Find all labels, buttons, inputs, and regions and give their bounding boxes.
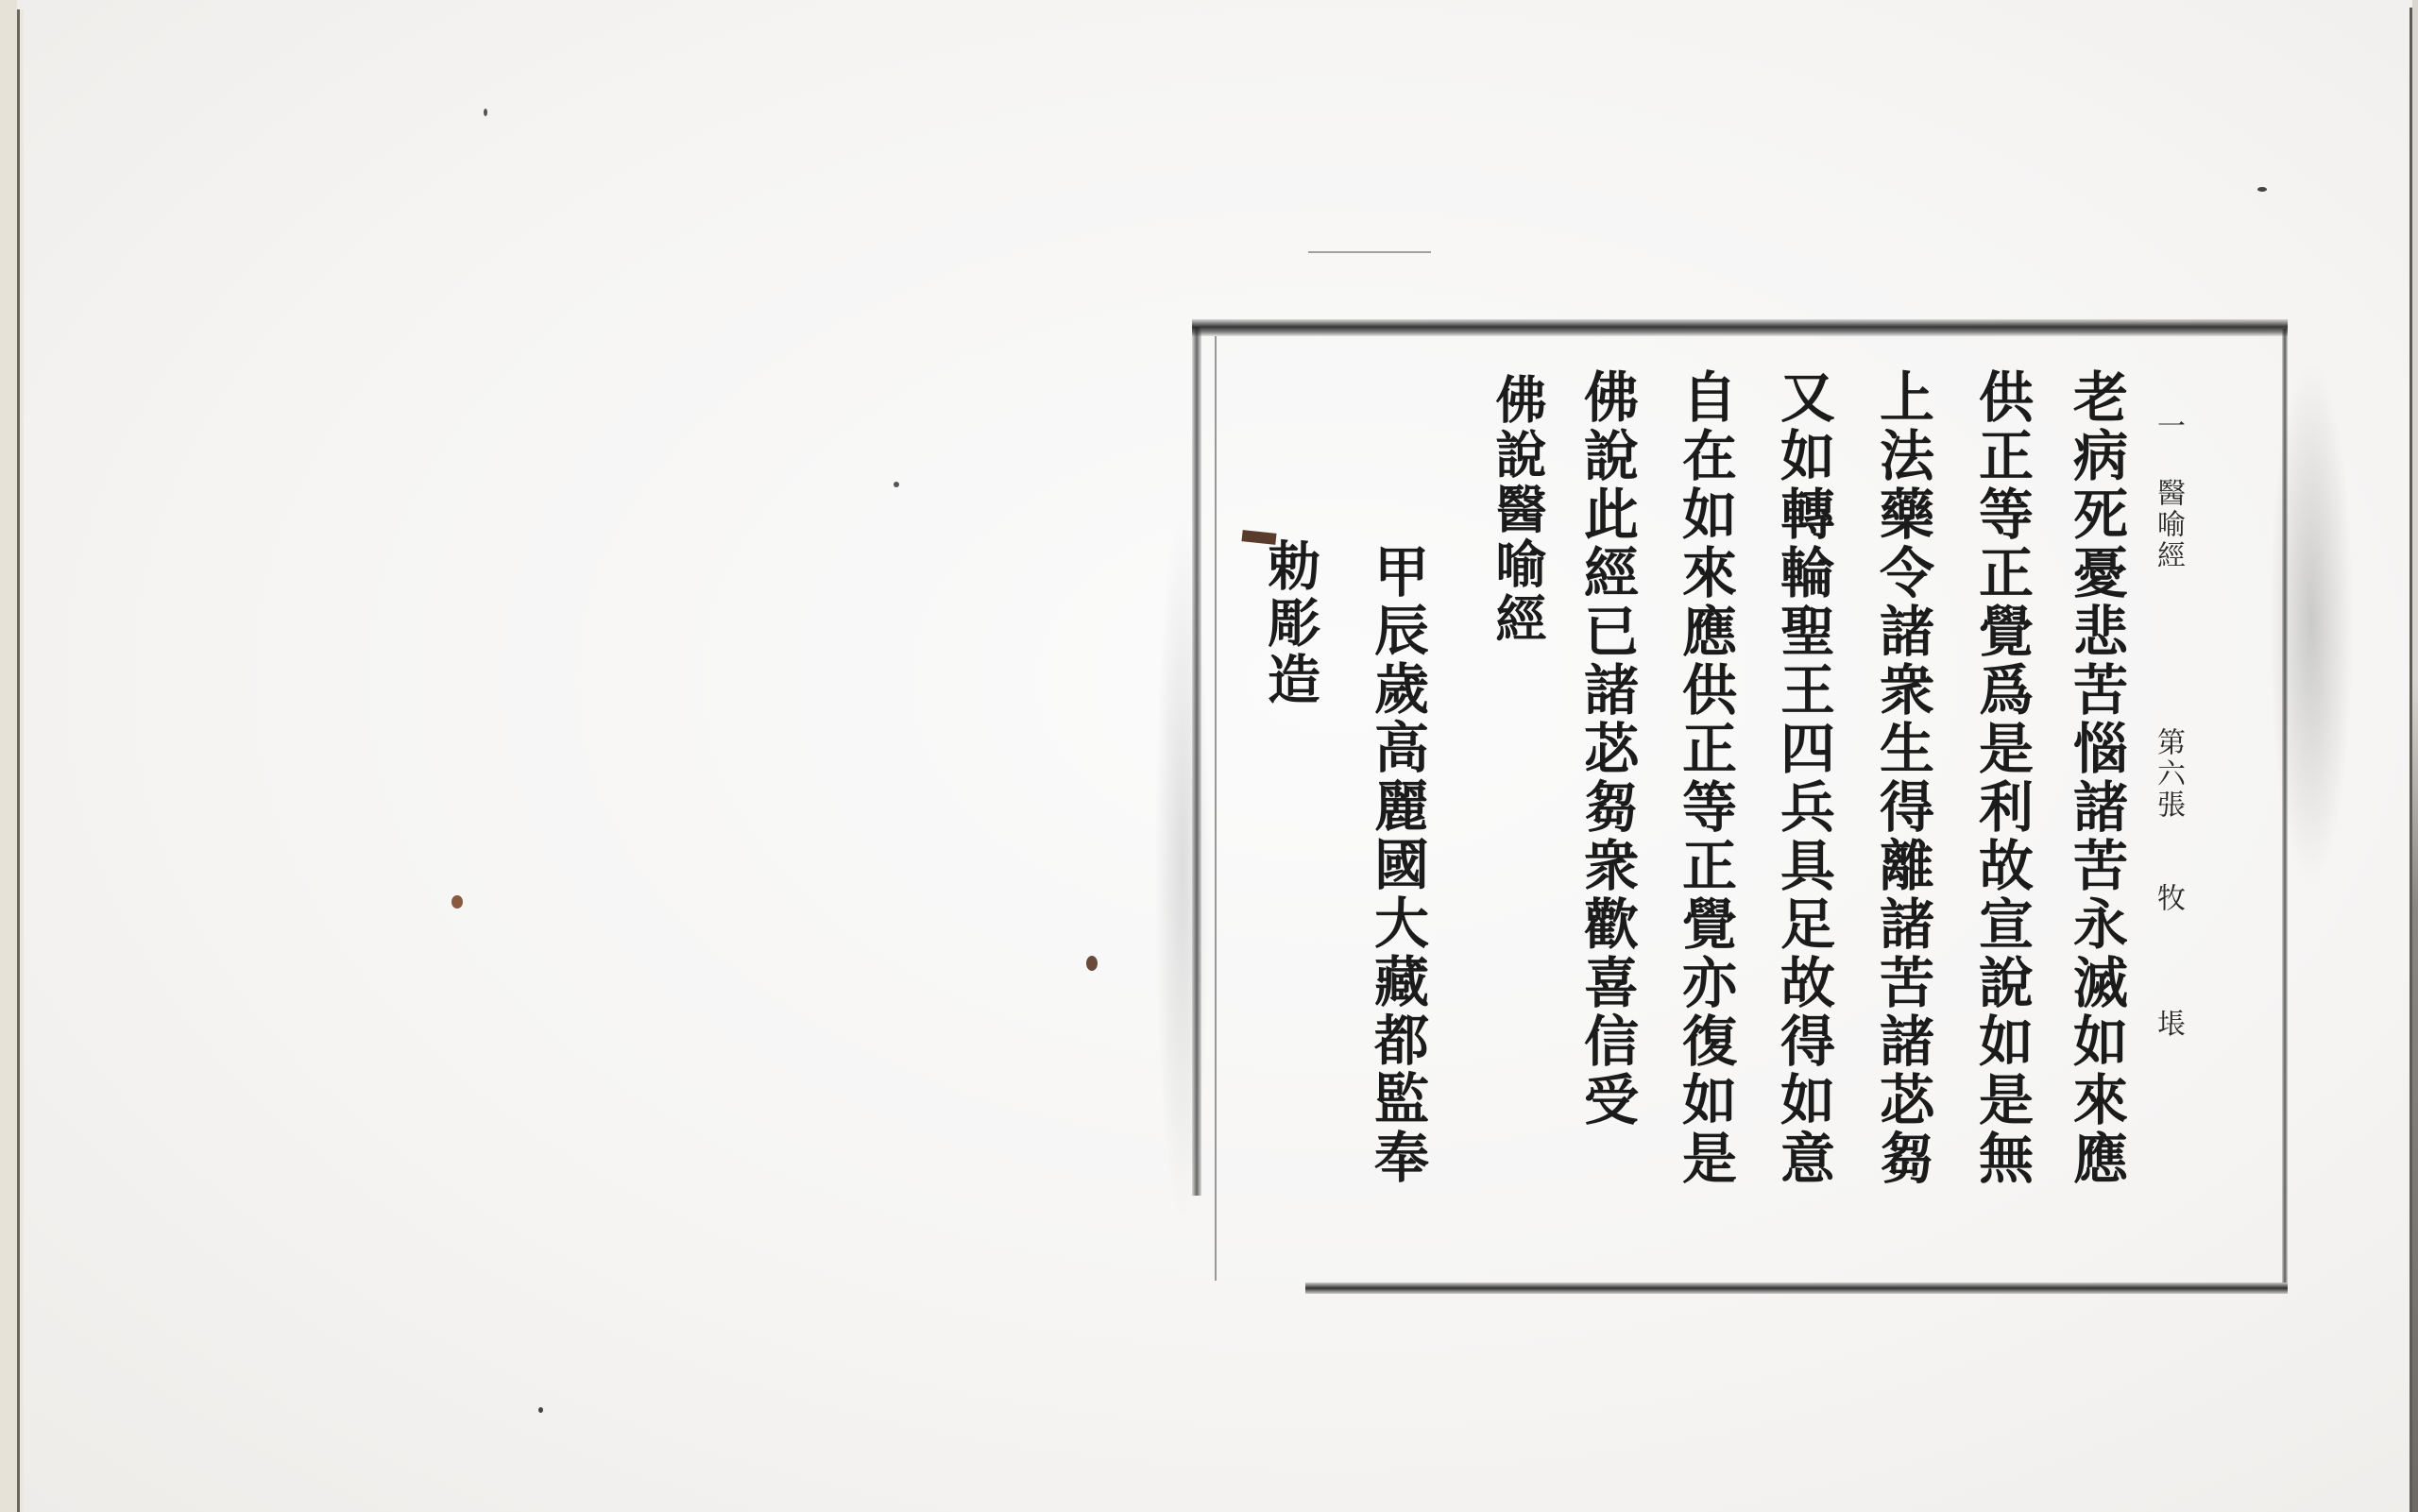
paper-speck [451,895,463,909]
margin-carver-name: 牧 㙊 [2154,883,2182,1069]
ink-smudge [1154,508,1211,1226]
text-column-5: 自在如來應供正等正覺亦復如是 [1677,368,1732,1188]
block-inner-rule [1215,336,1217,1281]
paper-scratch [1308,251,1431,253]
colophon-line-2: 勅彫造 [1264,538,1317,708]
block-border-bottom [1305,1283,2288,1294]
paper-speck [1086,956,1098,971]
paper-speck [894,482,899,487]
scanned-page: 一 醫喻經 第六張 牧 㙊 老病死憂悲苦惱諸苦永滅如來應 供正等正覺爲是利故宣說… [0,0,2418,1512]
paper-speck [2257,187,2267,192]
paper-speck [538,1407,543,1413]
block-border-right [2282,329,2288,1283]
text-column-2: 供正等正覺爲是利故宣說如是無 [1974,368,2029,1188]
block-border-top [1192,319,2288,336]
text-column-4: 又如轉輪聖王四兵具足故得如意 [1776,368,1831,1188]
closing-sutra-title: 佛說醫喻經 [1492,373,1543,647]
block-border-left [1192,327,1201,1196]
text-column-1: 老病死憂悲苦惱諸苦永滅如來應 [2069,368,2123,1188]
right-edge-line [2409,8,2412,1512]
text-column-3: 上法藥令諸衆生得離諸苦諸苾芻 [1875,368,1930,1188]
text-column-6: 佛說此經已諸苾芻衆歡喜信受 [1579,368,1634,1130]
left-edge-paper [20,9,24,1512]
paper-speck [484,109,487,116]
right-page-edge [2412,0,2418,1512]
margin-title-label: 一 醫喻經 [2154,411,2182,571]
colophon-line-1: 甲辰歲高麗國大藏都監奉 [1370,543,1424,1187]
left-page-edge [0,0,17,1512]
margin-sheet-number: 第六張 [2154,727,2182,821]
